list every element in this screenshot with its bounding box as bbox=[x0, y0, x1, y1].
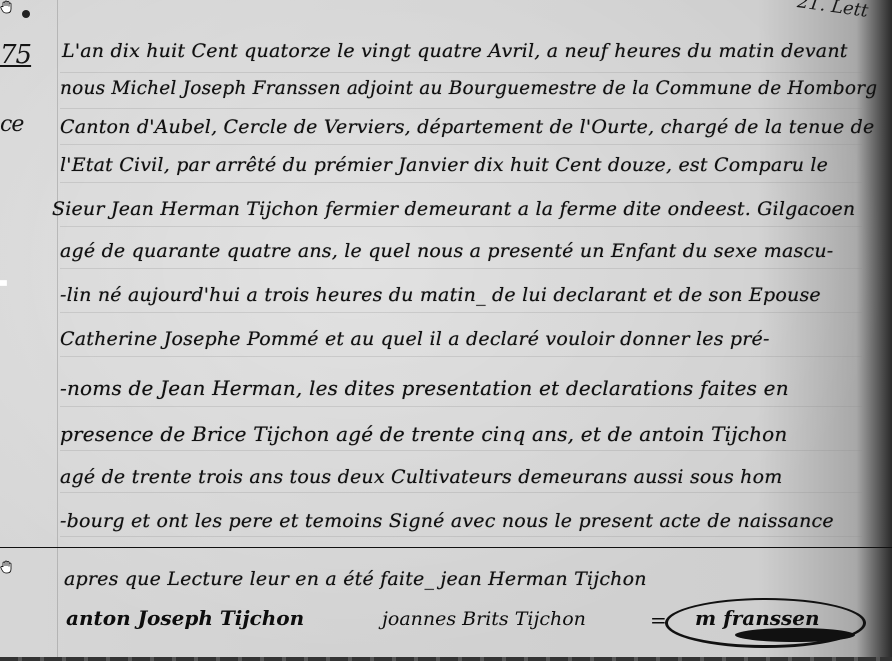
ruled-line bbox=[60, 312, 862, 313]
text-line-6: agé de quarante quatre ans, le quel nous… bbox=[60, 240, 833, 262]
signature-officer: m franssen bbox=[695, 606, 820, 630]
signature-witness-2: joannes Brits Tijchon bbox=[382, 608, 586, 630]
ruled-line bbox=[60, 492, 862, 493]
folio-number: 21. Lett bbox=[795, 0, 869, 22]
text-line-11: agé de trente trois ans tous deux Cultiv… bbox=[60, 466, 782, 488]
margin-rule bbox=[57, 0, 58, 661]
document-scan: 75 ce 21. Lett L'an dix huit Cent quator… bbox=[0, 0, 892, 661]
text-line-5: Sieur Jean Herman Tijchon fermier demeur… bbox=[52, 198, 855, 220]
signature-separator: = bbox=[650, 608, 667, 632]
margin-note: ce bbox=[0, 112, 23, 137]
ruled-line bbox=[60, 182, 862, 183]
text-line-9: -noms de Jean Herman, les dites presenta… bbox=[60, 376, 789, 400]
signature-witness-1: anton Joseph Tijchon bbox=[66, 606, 304, 630]
ruled-line bbox=[60, 72, 862, 73]
text-line-4: l'Etat Civil, par arrêté du prémier Janv… bbox=[60, 154, 828, 176]
ruled-line bbox=[60, 144, 862, 145]
ruled-line bbox=[60, 226, 862, 227]
cursor-fragment-icon bbox=[0, 279, 8, 287]
text-line-12: -bourg et ont les pere et temoins Signé … bbox=[60, 510, 834, 532]
text-line-1: L'an dix huit Cent quatorze le vingt qua… bbox=[62, 40, 848, 62]
ruled-line bbox=[60, 108, 862, 109]
ink-blot bbox=[735, 628, 855, 642]
hand-cursor-icon bbox=[0, 560, 14, 574]
text-line-8: Catherine Josephe Pommé et au quel il a … bbox=[60, 328, 770, 350]
ruled-line bbox=[60, 406, 862, 407]
ink-dot bbox=[22, 10, 30, 18]
margin-record-number: 75 bbox=[0, 40, 31, 70]
text-line-13: apres que Lecture leur en a été faite_ j… bbox=[64, 568, 647, 590]
text-line-2: nous Michel Joseph Franssen adjoint au B… bbox=[60, 78, 877, 99]
page-break-line bbox=[0, 547, 892, 548]
ruled-line bbox=[60, 356, 862, 357]
hand-cursor-icon bbox=[0, 0, 14, 14]
scan-bottom-edge bbox=[0, 657, 892, 661]
ruled-line bbox=[60, 536, 862, 537]
text-line-10: presence de Brice Tijchon agé de trente … bbox=[60, 422, 788, 446]
ruled-line bbox=[60, 268, 862, 269]
ruled-line bbox=[60, 450, 862, 451]
text-line-7: -lin né aujourd'hui a trois heures du ma… bbox=[60, 284, 821, 306]
text-line-3: Canton d'Aubel, Cercle de Verviers, dépa… bbox=[60, 116, 874, 138]
